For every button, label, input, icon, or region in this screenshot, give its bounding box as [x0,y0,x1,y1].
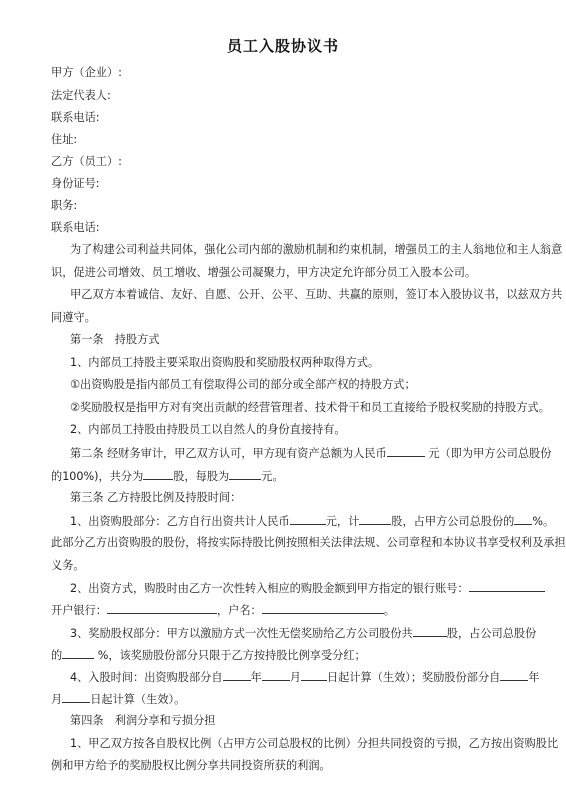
purchase-shares-blank[interactable] [359,514,391,525]
article3-item4-line2: 月日起计算（生效）。 [51,692,481,707]
article3-item1-line2: 此部分乙方出资购股的股份，将按实际持股比例按照相关法律法规、公司章程和本协议书享… [51,536,481,550]
reward-shares-blank[interactable] [413,626,447,637]
bank-name-blank[interactable] [107,603,217,614]
party-a-phone-label: 联系电话: [51,111,481,125]
article2-line1: 第二条 经财务审计，甲乙双方认可，甲方现有资产总额为人民币 元（即为甲方公司总股… [70,446,500,461]
article4-item1-line1: 1、甲乙双方按各自股权比例（占甲方公司总股权的比例）分担共同投资的亏损，乙方按出… [70,737,500,751]
position-label: 职务: [51,199,481,213]
article1-item1: 1、内部员工持股主要采取出资购股和奖励股权两种取得方式。 [70,356,500,370]
article3-item2: 2、出资方式，购股时由乙方一次性转入相应的购股金额到甲方指定的银行账号： [70,581,500,596]
article3-item4: 4、入股时间：出资购股部分自年月日起计算（生效）；奖励股份部分自年 [70,670,500,685]
purchase-month-blank[interactable] [262,670,290,681]
reward-percent-blank[interactable] [62,648,94,659]
article3-item3: 3、奖励股权部分：甲方以激励方式一次性无偿奖励给乙方公司股份共股，占公司总股份 [70,626,500,641]
price-per-share-blank[interactable] [229,469,261,480]
article1-heading: 第一条 持股方式 [70,333,500,347]
bank-account-blank[interactable] [469,581,545,592]
article3-item1-line3: 义务。 [51,559,481,573]
reward-day-blank[interactable] [62,692,90,703]
purchase-percent-blank[interactable] [514,514,532,525]
article3-item1: 1、出资购股部分：乙方自行出资共计人民币元，计股，占甲方公司总股份的%。 [70,514,500,529]
preamble-p2-line1: 甲乙双方本着诚信、友好、自愿、公开、公平、互助、共赢的原则，签订本入股协议书，以… [70,288,500,302]
purchase-year-blank[interactable] [223,670,251,681]
preamble-p2-line2: 同遵守。 [51,311,481,325]
party-a-label: 甲方（企业）: [51,66,481,80]
reward-year-blank[interactable] [500,670,528,681]
legal-rep-label: 法定代表人: [51,89,481,103]
party-b-label: 乙方（员工）: [51,155,481,169]
preamble-p1-line1: 为了构建公司利益共同体，强化公司内部的激励机制和约束机制，增强员工的主人翁地位和… [70,243,500,257]
article1-item1b: ②奖励股权是指甲方对有突出贡献的经营管理者、技术骨干和员工直接给予股权奖励的持股… [70,401,500,415]
total-shares-blank[interactable] [143,469,173,480]
article3-item2-line2: 开户银行：，户名：。 [51,603,481,618]
address-label: 住址: [51,133,481,147]
document-title: 员工入股协议书 [0,35,566,56]
purchase-day-blank[interactable] [301,670,327,681]
article4-item1-line2: 例和甲方给予的奖励股权比例分享共同投资所获的利润。 [51,759,481,773]
id-number-label: 身份证号: [51,177,481,191]
article4-heading: 第四条 利润分享和亏损分担 [70,714,500,728]
party-b-phone-label: 联系电话: [51,221,481,235]
total-assets-blank[interactable] [387,446,425,457]
preamble-p1-line2: 识，促进公司增效、员工增收、增强公司凝聚力，甲方决定允许部分员工入股本公司。 [51,266,481,280]
article2-line2: 的100%)，共分为股，每股为元。 [51,469,481,484]
account-name-blank[interactable] [262,603,384,614]
article3-heading: 第三条 乙方持股比例及持股时间： [70,491,500,505]
purchase-amount-blank[interactable] [290,514,326,525]
document-page: 员工入股协议书 甲方（企业）: 法定代表人: 联系电话: 住址: 乙方（员工）:… [0,0,566,800]
article1-item1a: ①出资购股是指内部员工有偿取得公司的部分或全部产权的持股方式； [70,378,500,392]
article1-item2: 2、内部员工持股由持股员工以自然人的身份直接持有。 [70,423,500,437]
article3-item3-line2: 的 %，该奖励股份部分只限于乙方按持股比例享受分红； [51,648,481,663]
